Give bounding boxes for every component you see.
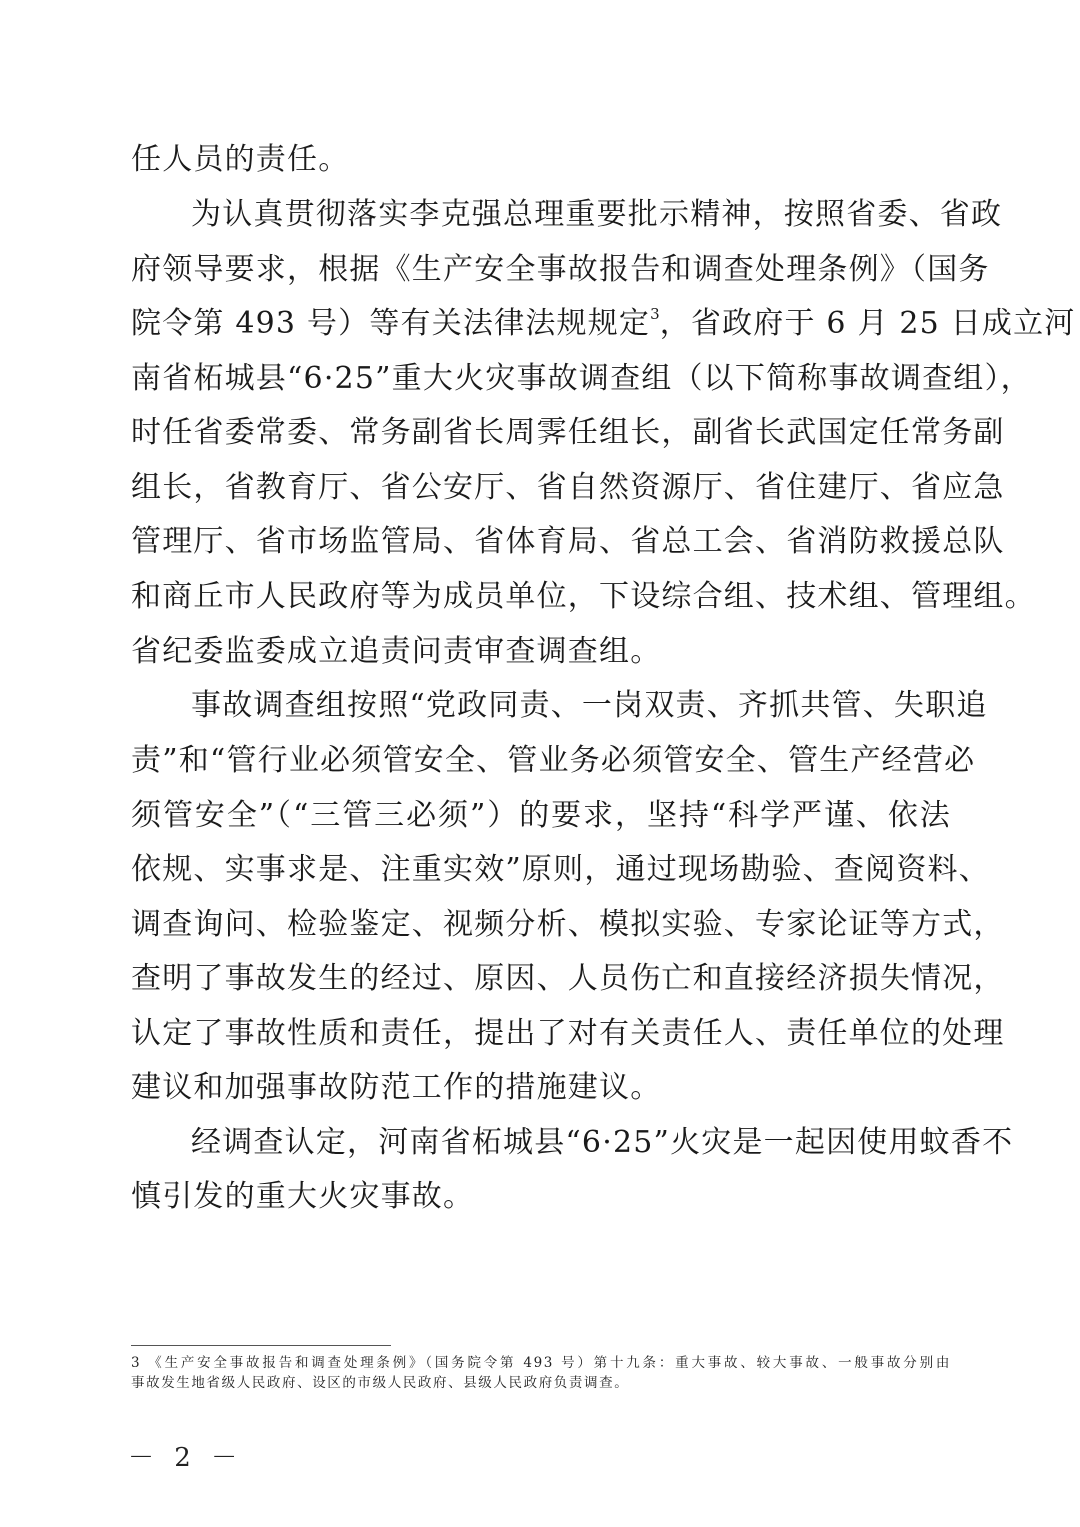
text-segment: 院令第 493 号）等有关法律法规规定 [131, 306, 650, 341]
text-segment: ，省政府于 6 月 25 日成立河 [660, 306, 1076, 341]
text-line: 须管安全”（“三管三必须”）的要求，坚持“科学严谨、依法 [131, 796, 951, 836]
footnote-reference[interactable]: 3 [650, 305, 660, 323]
page-number: － 2 － [128, 1437, 243, 1474]
footnote-separator [131, 1345, 391, 1346]
text-line: 调查询问、检验鉴定、视频分析、模拟实验、专家论证等方式， [131, 905, 951, 945]
text-line: 经调查认定，河南省柘城县“6·25”火灾是一起因使用蚊香不 [191, 1123, 951, 1163]
text-line: 院令第 493 号）等有关法律法规规定3，省政府于 6 月 25 日成立河 [131, 304, 951, 344]
text-line: 查明了事故发生的经过、原因、人员伤亡和直接经济损失情况， [131, 959, 951, 999]
text-line: 南省柘城县“6·25”重大火灾事故调查组（以下简称事故调查组）， [131, 359, 951, 399]
text-line: 慎引发的重大火灾事故。 [131, 1177, 951, 1217]
text-line: 管理厅、省市场监管局、省体育局、省总工会、省消防救援总队 [131, 522, 951, 562]
text-line: 时任省委常委、常务副省长周霁任组长，副省长武国定任常务副 [131, 413, 951, 453]
text-line: 府领导要求，根据《生产安全事故报告和调查处理条例》（国务 [131, 250, 951, 290]
text-line: 为认真贯彻落实李克强总理重要批示精神，按照省委、省政 [191, 195, 951, 235]
footnote-line: 事故发生地省级人民政府、设区的市级人民政府、县级人民政府负责调查。 [131, 1373, 951, 1393]
text-line: 建议和加强事故防范工作的措施建议。 [131, 1068, 951, 1108]
document-page: 任人员的责任。 为认真贯彻落实李克强总理重要批示精神，按照省委、省政 府领导要求… [0, 0, 1080, 1527]
text-line: 责”和“管行业必须管安全、管业务必须管安全、管生产经营必 [131, 741, 951, 781]
text-line: 和商丘市人民政府等为成员单位，下设综合组、技术组、管理组。 [131, 577, 951, 617]
text-line: 认定了事故性质和责任，提出了对有关责任人、责任单位的处理 [131, 1014, 951, 1054]
text-line: 任人员的责任。 [131, 140, 951, 180]
text-line: 省纪委监委成立追责问责审查调查组。 [131, 632, 951, 672]
text-line: 事故调查组按照“党政同责、一岗双责、齐抓共管、失职追 [191, 686, 951, 726]
text-line: 依规、实事求是、注重实效”原则，通过现场勘验、查阅资料、 [131, 850, 951, 890]
text-line: 组长，省教育厅、省公安厅、省自然资源厅、省住建厅、省应急 [131, 468, 951, 508]
footnote-line: 3 《生产安全事故报告和调查处理条例》（国务院令第 493 号）第十九条：重大事… [131, 1353, 951, 1373]
